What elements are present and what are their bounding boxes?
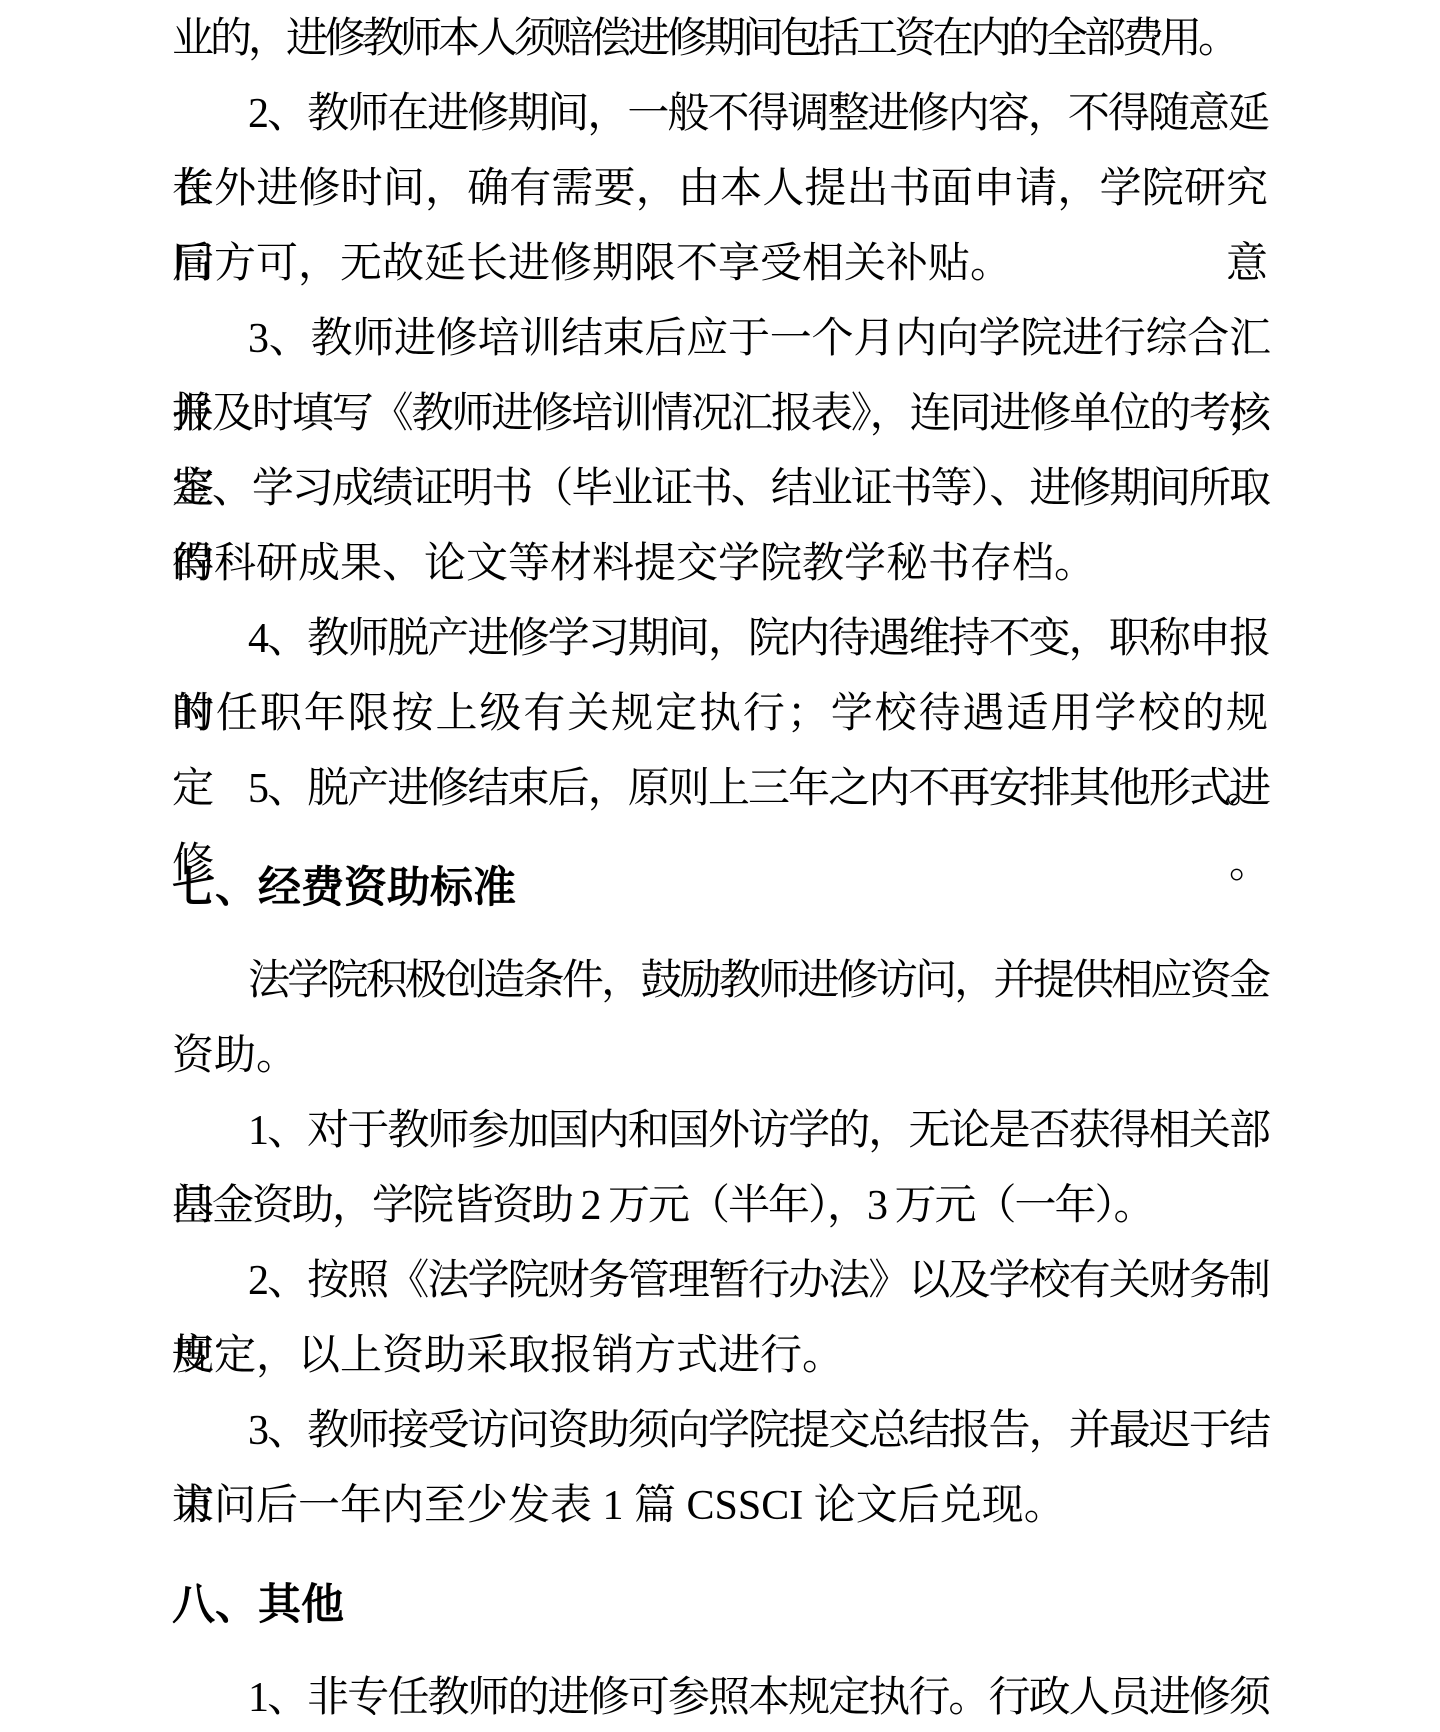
text-line: 访问后一年内至少发表 1 篇 CSSCI 论文后兑现。 bbox=[172, 1469, 1268, 1544]
text-line: 的科研成果、论文等材料提交学院教学秘书存档。 bbox=[172, 527, 1268, 602]
section-heading-other: 八、其他 bbox=[172, 1568, 1268, 1643]
text-line: 资助。 bbox=[172, 1019, 1268, 1094]
text-line: 1、非专任教师的进修可参照本规定执行。行政人员进修须经 bbox=[172, 1661, 1268, 1732]
text-line: 规定，以上资助采取报销方式进行。 bbox=[172, 1319, 1268, 1394]
text-line: 4、教师脱产进修学习期间，院内待遇维持不变，职称申报时 bbox=[172, 602, 1268, 677]
document-page: 业的，进修教师本人须赔偿进修期间包括工资在内的全部费用。 2、教师在进修期间，一… bbox=[0, 0, 1440, 1732]
text-line: 2、按照《法学院财务管理暂行办法》以及学校有关财务制度 bbox=[172, 1244, 1268, 1319]
text-line: 5、脱产进修结束后，原则上三年之内不再安排其他形式进修。 bbox=[172, 752, 1268, 827]
text-line: 2、教师在进修期间，一般不得调整进修内容，不得随意延长 bbox=[172, 77, 1268, 152]
text-line: 法学院积极创造条件，鼓励教师进修访问，并提供相应资金 bbox=[172, 944, 1268, 1019]
text-line: 定、学习成绩证明书（毕业证书、结业证书等）、进修期间所取得 bbox=[172, 452, 1268, 527]
text-line: 并及时填写《教师进修培训情况汇报表》，连同进修单位的考核鉴 bbox=[172, 377, 1268, 452]
text-line: 3、教师进修培训结束后应于一个月内向学院进行综合汇报， bbox=[172, 302, 1268, 377]
text-line: 基金资助，学院皆资助 2 万元（半年），3 万元（一年）。 bbox=[172, 1169, 1268, 1244]
text-line: 3、教师接受访问资助须向学院提交总结报告，并最迟于结束 bbox=[172, 1394, 1268, 1469]
text-line: 1、对于教师参加国内和国外访学的，无论是否获得相关部门 bbox=[172, 1094, 1268, 1169]
text-line: 的任职年限按上级有关规定执行；学校待遇适用学校的规定。 bbox=[172, 677, 1268, 752]
text-line: 业的，进修教师本人须赔偿进修期间包括工资在内的全部费用。 bbox=[172, 2, 1268, 77]
text-line: 在外进修时间，确有需要，由本人提出书面申请，学院研究同意 bbox=[172, 152, 1268, 227]
